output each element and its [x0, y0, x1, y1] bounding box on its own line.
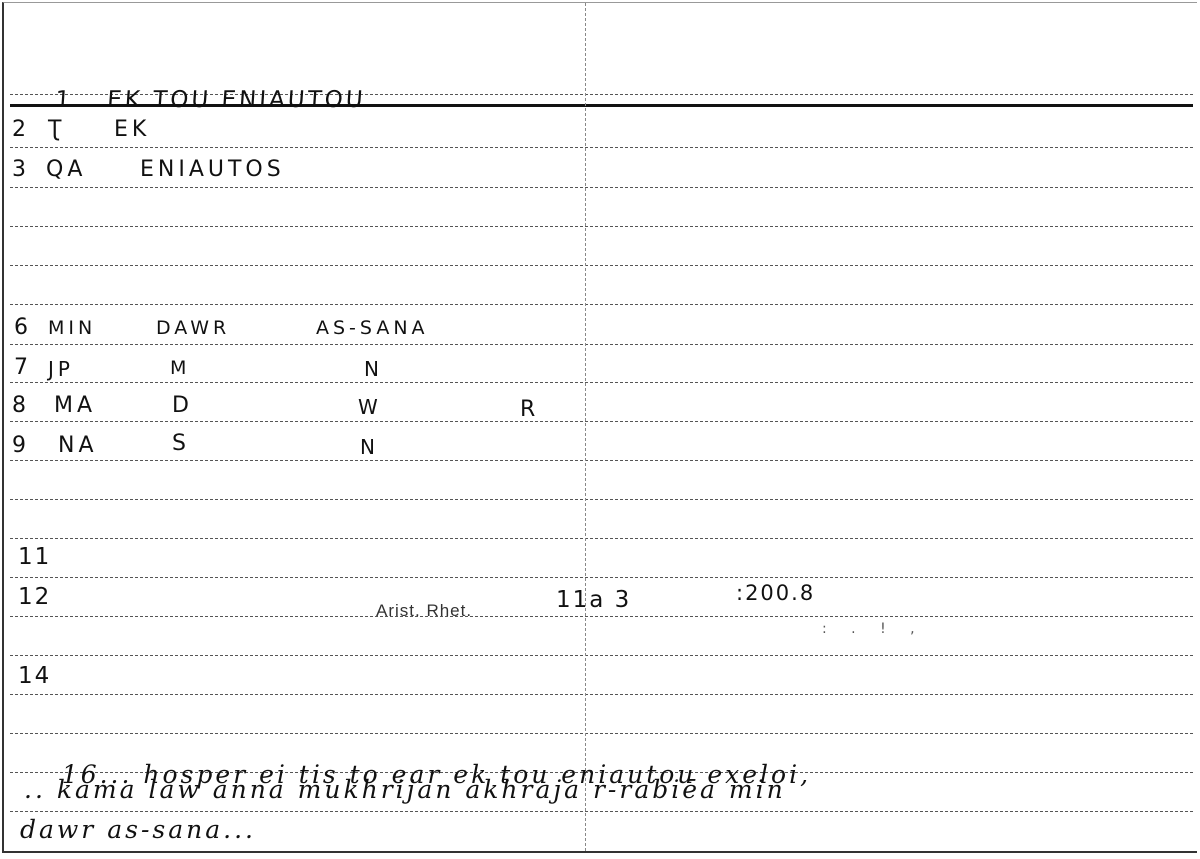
cell: QA: [46, 157, 86, 182]
rule-line: [10, 304, 1193, 305]
center-rule: [585, 3, 586, 851]
cell: MIN: [48, 317, 96, 339]
rule-line: [10, 226, 1193, 227]
rule-line: [10, 187, 1193, 188]
line-number: 12: [18, 584, 51, 610]
cell: DAWR: [156, 317, 230, 339]
rule-line: [10, 577, 1193, 578]
line-number: 11: [18, 544, 51, 570]
cell: MA: [54, 393, 96, 418]
line-number: 2: [12, 117, 30, 142]
line-number: 7: [14, 355, 32, 380]
line-number: 8: [12, 393, 30, 418]
header-text: EK TOU ENIAUTOU: [106, 87, 366, 113]
cell: R: [520, 397, 539, 422]
source-reference: 11a 3: [556, 587, 631, 613]
rule-line: [10, 655, 1193, 656]
rule-line: [10, 616, 1193, 617]
rule-line: [10, 421, 1193, 422]
cell: JP: [48, 357, 74, 381]
cell: EK: [114, 117, 150, 142]
faint-marks: : . ! ,: [822, 621, 925, 637]
cell: ENIAUTOS: [140, 157, 285, 182]
folio-number: :200.8: [736, 581, 815, 605]
cell: N: [360, 435, 379, 459]
quote-line-3: dawr as-sana...: [20, 815, 256, 844]
quote-line-2: .. kama law anna mukhrijan akhraja r-rab…: [24, 775, 786, 804]
rule-line: [10, 382, 1193, 383]
source-stamp: Arist. Rhet.: [376, 601, 472, 621]
cell: W: [358, 395, 382, 419]
cell: Ʈ: [48, 117, 65, 142]
rule-line: [10, 344, 1193, 345]
rule-line: [10, 147, 1193, 148]
cell: M: [170, 357, 190, 379]
rule-line: [10, 499, 1193, 500]
line-number: 1: [54, 87, 108, 113]
rule-line: [10, 694, 1193, 695]
cell: N: [364, 357, 383, 381]
line-number: 14: [18, 663, 51, 689]
cell: D: [172, 393, 193, 418]
rule-line: [10, 460, 1193, 461]
index-card: 1EK TOU ENIAUTOU 2 Ʈ EK 3 QA ENIAUTOS 6 …: [2, 2, 1197, 853]
line-number: 9: [12, 433, 30, 458]
rule-line: [10, 538, 1193, 539]
line-number: 3: [12, 157, 30, 182]
cell: NA: [58, 433, 98, 458]
cell: S: [172, 431, 190, 456]
line-number: 6: [14, 315, 32, 340]
cell: AS-SANA: [316, 317, 429, 339]
rule-line: [10, 265, 1193, 266]
